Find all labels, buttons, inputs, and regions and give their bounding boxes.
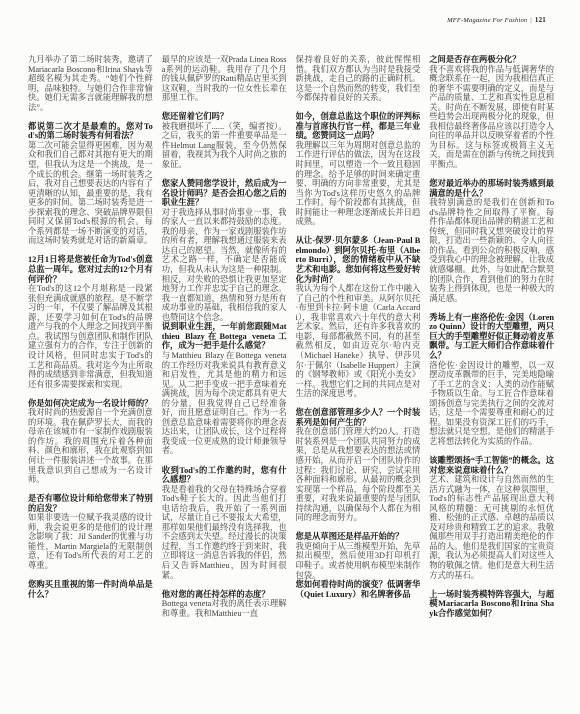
body-paragraph: 被我磨损坏了......（笑，编者按）。之后，我买的第一件重要单品是一件Helm… — [162, 122, 287, 170]
question-paragraph: 从让-保罗·贝尔蒙多（Jean-Paul Belmondo）到阿尔贝托·布里（A… — [296, 236, 421, 284]
question-paragraph: 该雕塑颂扬“手工智能”的概念。这对您来说意味着什么？ — [429, 456, 554, 475]
body-paragraph: 我更倾向于从三维模型开始，先草拟出模型，然后使用3D打印机打印鞋子。或者使用帆布… — [296, 542, 421, 580]
question-paragraph: 说到职业生涯，一年前您跟随Matthieu Blazy在Bottega vene… — [162, 322, 287, 351]
body-paragraph: 我认为每个人都在这份工作中融入了自己的个性和审美。从阿尔贝托·布里到卡拉·阿卡迪… — [296, 284, 421, 399]
question-paragraph: 您如何看待时尚的演变？低调奢华（Quiet Luxury）和名牌奢侈品 — [296, 580, 421, 599]
question-paragraph: 您购买且重视的第一件时尚单品是什么？ — [28, 580, 153, 599]
text-column: 保持着良好的关系，彼此惺惺相惜。我们双方都认为当时是我接受新挑战，走自己的路的正… — [296, 55, 421, 695]
question-paragraph: 之间是否存在两极分化？ — [429, 55, 554, 65]
body-paragraph: 我不喜欢将我的作品与低调奢华的概念联系在一起，因为我相信真正的奢华不需要明确的定… — [429, 65, 554, 170]
question-paragraph: 如今，创意总监这个职位的评判标准与首席执行官一样，都是三年业绩。您赞同这一点吗？ — [296, 112, 421, 141]
body-paragraph: 第二次可能会显得更困难，因为观众和我们自己都对其抱有更大的期望，但我认为这是一个… — [28, 141, 153, 246]
question-paragraph: 您还留着它们吗？ — [162, 112, 287, 122]
question-paragraph: 您家人赞同您学设计，然后成为一名设计师吗？是否会担心您之后的职业生涯？ — [162, 179, 287, 208]
question-paragraph: 秀场上有一座洛伦佐·金因（Lorenzo Quinn）设计的大型雕塑，两只巨大的… — [429, 313, 554, 361]
question-paragraph: 您在创意部管理多少人？一个时装系列是如何产生的？ — [296, 408, 421, 427]
question-paragraph: 您对最近举办的那场时装秀感到最满意的是什么？ — [429, 179, 554, 198]
page-number: 121 — [535, 16, 546, 24]
question-paragraph: 您是从草图还是样品开始的？ — [296, 532, 421, 542]
body-paragraph: 最早的应该是一双Prada Linea Rossa系列的运动鞋。我用存了几个月的… — [162, 55, 287, 103]
header-separator: | — [530, 17, 532, 24]
body-paragraph: 在Tod's的这12个月堪称是一段紧张但充满成就感的旅程。是不断学习的一年，不仅… — [28, 284, 153, 389]
body-paragraph: 我特别满意的是我们在创新和Tod's品牌特性之间取得了平衡。每件作品都体现出品牌… — [429, 198, 554, 303]
body-paragraph: 保持着良好的关系，彼此惺惺相惜。我们双方都认为当时是我接受新挑战，走自己的路的正… — [296, 55, 421, 103]
body-paragraph: 九月举办了第二场时装秀，邀请了Mariacarla Boscono和Irina … — [28, 55, 153, 112]
body-paragraph: 与Matthieu Blazy在Bottega veneta的工作经历对我来说具… — [162, 351, 287, 456]
body-paragraph: 我理解以三年为周期对创意总监的工作进行评估的做法，因为在这段时间里，可以塑造一个… — [296, 141, 421, 227]
running-head: MFF-Magazine For Fashion|121 — [447, 16, 546, 24]
question-paragraph: 都说第二次才是最难的。您对Tod's的第二场时装秀有何看法？ — [28, 122, 153, 141]
body-paragraph: 艺术、建筑和设计与自然而然的生活方式融为一体，在这种氛围里，Tod's的标志性产… — [429, 475, 554, 580]
text-column: 之间是否存在两极分化？我不喜欢将我的作品与低调奢华的概念联系在一起，因为我相信真… — [429, 55, 554, 695]
question-paragraph: 是否有哪位设计师给您带来了特别的启发？ — [28, 494, 153, 513]
body-paragraph: 如果非要选一位赋予我灵感的设计师，我会说更多的是他们的设计理念影响了我：Jil … — [28, 513, 153, 570]
question-paragraph: 你是如何决定成为一名设计师的？ — [28, 399, 153, 409]
body-paragraph: 洛伦佐·金因设计的雕塑，以一双摆动皮革飘带的巨手，完美地隐喻了手工艺的含义：人类… — [429, 361, 554, 447]
question-paragraph: 他对您的离任持怎样的态度？ — [162, 590, 287, 600]
question-paragraph: 上一场时装秀模特阵容强大，与超模Mariacarla Boscono和Irina… — [429, 590, 554, 619]
magazine-page: MFF-Magazine For Fashion|121 九月举办了第二场时装秀… — [0, 0, 580, 714]
body-paragraph: 对于我选择从事时尚事业一事，我的家人一直以来都持鼓励的态度。我的母亲，作为一家戏… — [162, 208, 287, 323]
body-paragraph: Bottega veneta对我的离任表示理解和尊重。我和Matthieu一直 — [162, 599, 287, 618]
body-paragraph: 我是看着我的父母在特殊场合穿着Tod's鞋子长大的。因此当他们打电话给我后，我开… — [162, 485, 287, 580]
article-columns: 九月举办了第二场时装秀，邀请了Mariacarla Boscono和Irina … — [28, 55, 554, 695]
magazine-title: MFF-Magazine For Fashion — [447, 17, 527, 24]
question-paragraph: 12月1日将是您被任命为Tod's创意总监一周年。您对过去的12个月有何评价？ — [28, 255, 153, 284]
body-paragraph: 我对时尚的热爱源自一个充满创意的环境。我在佩萨罗长大，而我的母亲在该城市有一家制… — [28, 408, 153, 484]
text-column: 最早的应该是一双Prada Linea Rossa系列的运动鞋。我用存了几个月的… — [162, 55, 287, 695]
question-paragraph: 收到Tod's的工作邀约时，您有什么感想？ — [162, 466, 287, 485]
body-paragraph: 我在创意部门管理大约20人。打造时装系列是一个团队共同努力的成果，总是从我想要表… — [296, 427, 421, 522]
text-column: 九月举办了第二场时装秀，邀请了Mariacarla Boscono和Irina … — [28, 55, 153, 695]
